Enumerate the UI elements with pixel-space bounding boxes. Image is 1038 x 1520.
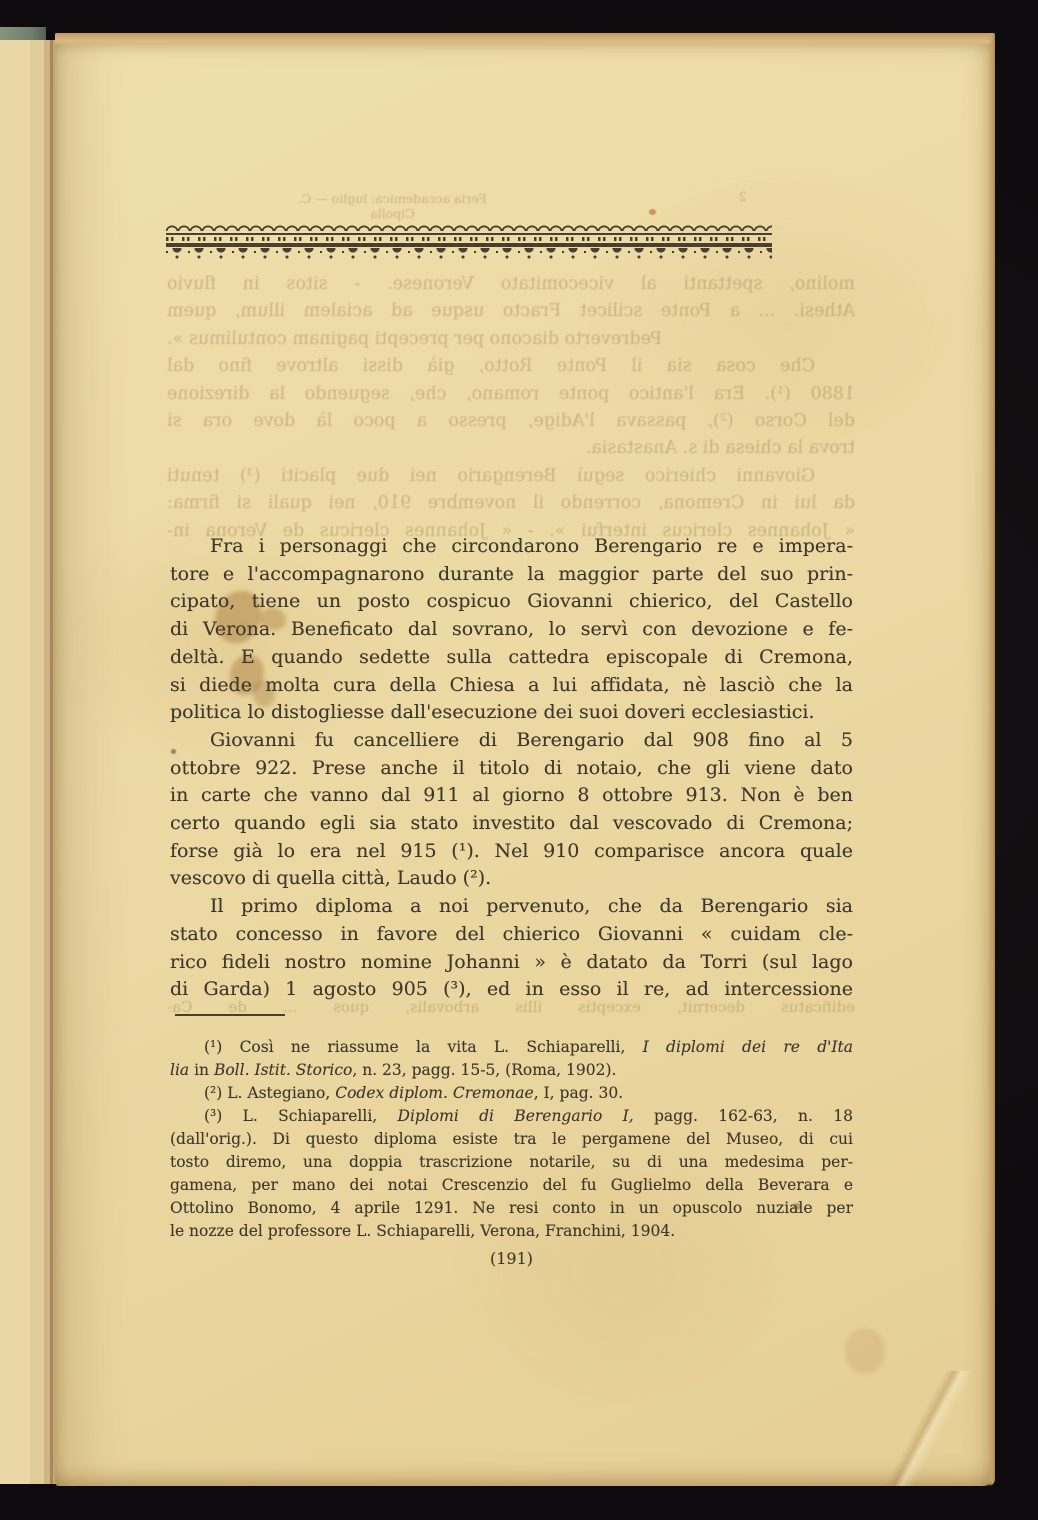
text-line: stato concesso in favore del chierico Gi… — [170, 921, 853, 949]
text-line: deltà. E quando sedette sulla cattedra e… — [170, 644, 853, 672]
text-line: di Garda) 1 agosto 905 (³), ed in esso i… — [170, 976, 853, 1004]
footnote-italic-text: lia — [170, 1061, 189, 1079]
footnote-text: (¹) Così ne riassume la vita L. Schiapar… — [204, 1038, 643, 1056]
stain — [845, 1328, 885, 1374]
previous-page-edge — [0, 40, 58, 1484]
footnote-text: , n. 23, pagg. 15-5, (Roma, 1902). — [352, 1061, 616, 1079]
footnote-text: le nozze del professore L. Schiaparelli,… — [170, 1222, 675, 1240]
footnote-line: tosto diremo, una doppia trascrizione no… — [170, 1151, 853, 1174]
text-line: di Verona. Beneficato dal sovrano, lo se… — [170, 616, 853, 644]
footnote-italic-text: Boll. Istit. Storico — [214, 1061, 352, 1079]
text-line: politica lo distogliesse dall'esecuzione… — [170, 699, 853, 727]
footnote-text: gamena, per mano dei notai Crescenzio de… — [170, 1176, 853, 1194]
photo-background: { "page_number": "(191)", "colors": { "p… — [0, 0, 1038, 1520]
showthrough-line: del Corso (²), passava l'Adige, presso a… — [167, 408, 855, 435]
footnote-italic-text: Codex diplom. Cremonae — [335, 1084, 533, 1102]
ornament-wave-line — [166, 223, 772, 231]
body-text: Fra i personaggi che circondarono Bereng… — [170, 533, 853, 1004]
page-right-edge-shadow — [988, 33, 995, 1486]
paragraph: Il primo diploma a noi pervenuto, che da… — [170, 893, 853, 1004]
showthrough-line: molino, spettanti al vicecomitato Verone… — [167, 271, 855, 298]
paragraph: Fra i personaggi che circondarono Bereng… — [170, 533, 853, 727]
page-top-edge-shadow — [55, 33, 995, 46]
paragraph: Giovanni fu cancelliere di Berengario da… — [170, 727, 853, 893]
text-line: tore e l'accompagnarono durante la maggi… — [170, 561, 853, 589]
book-page: Feria accademica: luglio — C. Cipolla 2 … — [55, 33, 995, 1486]
footnote-text: , I, pag. 30. — [534, 1084, 623, 1102]
showthrough-line: da lui in Cremona, correndo il novembre … — [167, 490, 855, 517]
ornament-band — [166, 223, 772, 261]
footnote-text: pagg. 162-63, n. 18 — [634, 1107, 853, 1125]
showthrough-line: Che cosa sia il Ponte Rotto, già dissi a… — [167, 353, 855, 380]
page-number: (191) — [170, 1249, 853, 1268]
text-line: vescovo di quella città, Laudo (²). — [170, 865, 853, 893]
footnote-text: (dall'orig.). Di questo diploma esiste t… — [170, 1130, 853, 1148]
ink-speck — [649, 209, 656, 215]
text-line: rico fideli nostro nomine Johanni » è da… — [170, 949, 853, 977]
footnote-line: (dall'orig.). Di questo diploma esiste t… — [170, 1128, 853, 1151]
text-line: ottobre 922. Prese anche il titolo di no… — [170, 755, 853, 783]
showthrough-page-number: 2 — [717, 190, 747, 205]
footnote-line: (²) L. Astegiano, Codex diplom. Cremonae… — [170, 1082, 853, 1105]
text-line: certo quando egli sia stato investito da… — [170, 810, 853, 838]
footnote-line: (³) L. Schiaparelli, Diplomi di Berengar… — [170, 1105, 853, 1128]
footnote-text: tosto diremo, una doppia trascrizione no… — [170, 1153, 853, 1171]
footnote-line: Ottolino Bonomo, 4 aprile 1291. Ne resi … — [170, 1197, 853, 1220]
footnote-text: Ottolino Bonomo, 4 aprile 1291. Ne resi … — [170, 1199, 853, 1217]
showthrough-line: Giovanni chierico seguì Berengario nei d… — [167, 463, 855, 490]
showthrough-running-header: Feria accademica: luglio — C. Cipolla — [280, 191, 505, 221]
text-line: Il primo diploma a noi pervenuto, che da… — [170, 893, 853, 921]
showthrough-line: Pedreverto diacono per precepti paginam … — [167, 326, 855, 353]
footnote-line: (¹) Così ne riassume la vita L. Schiapar… — [170, 1036, 853, 1059]
showthrough-line: Athesi. ... a Ponte scilicet Fracto usqu… — [167, 298, 855, 325]
showthrough-line: trova la chiesa di s. Anastasia. — [167, 435, 855, 462]
text-line: forse già lo era nel 915 (¹). Nel 910 co… — [170, 838, 853, 866]
footnote-separator-rule — [175, 1014, 285, 1016]
footnote-line: gamena, per mano dei notai Crescenzio de… — [170, 1174, 853, 1197]
footnote-italic-text: Diplomi di Berengario I, — [398, 1107, 634, 1125]
text-line: Fra i personaggi che circondarono Bereng… — [170, 533, 853, 561]
text-line: cipato, tiene un posto cospicuo Giovanni… — [170, 588, 853, 616]
ornament-thick-rule — [166, 243, 772, 247]
footnote-italic-text: I diplomi dei re d'Ita — [643, 1038, 853, 1056]
footnote-line: lia in Boll. Istit. Storico, n. 23, pagg… — [170, 1059, 853, 1082]
ornament-thin-rule — [166, 233, 772, 235]
text-line: Giovanni fu cancelliere di Berengario da… — [170, 727, 853, 755]
text-line: in carte che vanno dal 911 al giorno 8 o… — [170, 782, 853, 810]
footnote-text: in — [189, 1061, 214, 1079]
footnote-line: le nozze del professore L. Schiaparelli,… — [170, 1220, 853, 1243]
showthrough-line: 1880 (¹). Era l'antico ponte romano, che… — [167, 381, 855, 408]
ornament-dot-row — [166, 237, 772, 241]
page-corner-fold — [815, 1371, 995, 1486]
footnote-text: (²) L. Astegiano, — [204, 1084, 335, 1102]
footnote-text: (³) L. Schiaparelli, — [204, 1107, 398, 1125]
text-line: si diede molta cura della Chiesa a lui a… — [170, 672, 853, 700]
footnotes: (¹) Così ne riassume la vita L. Schiapar… — [170, 1036, 853, 1243]
showthrough-paragraph-block: molino, spettanti al vicecomitato Verone… — [167, 271, 855, 545]
ornament-glyph-row — [166, 248, 772, 261]
